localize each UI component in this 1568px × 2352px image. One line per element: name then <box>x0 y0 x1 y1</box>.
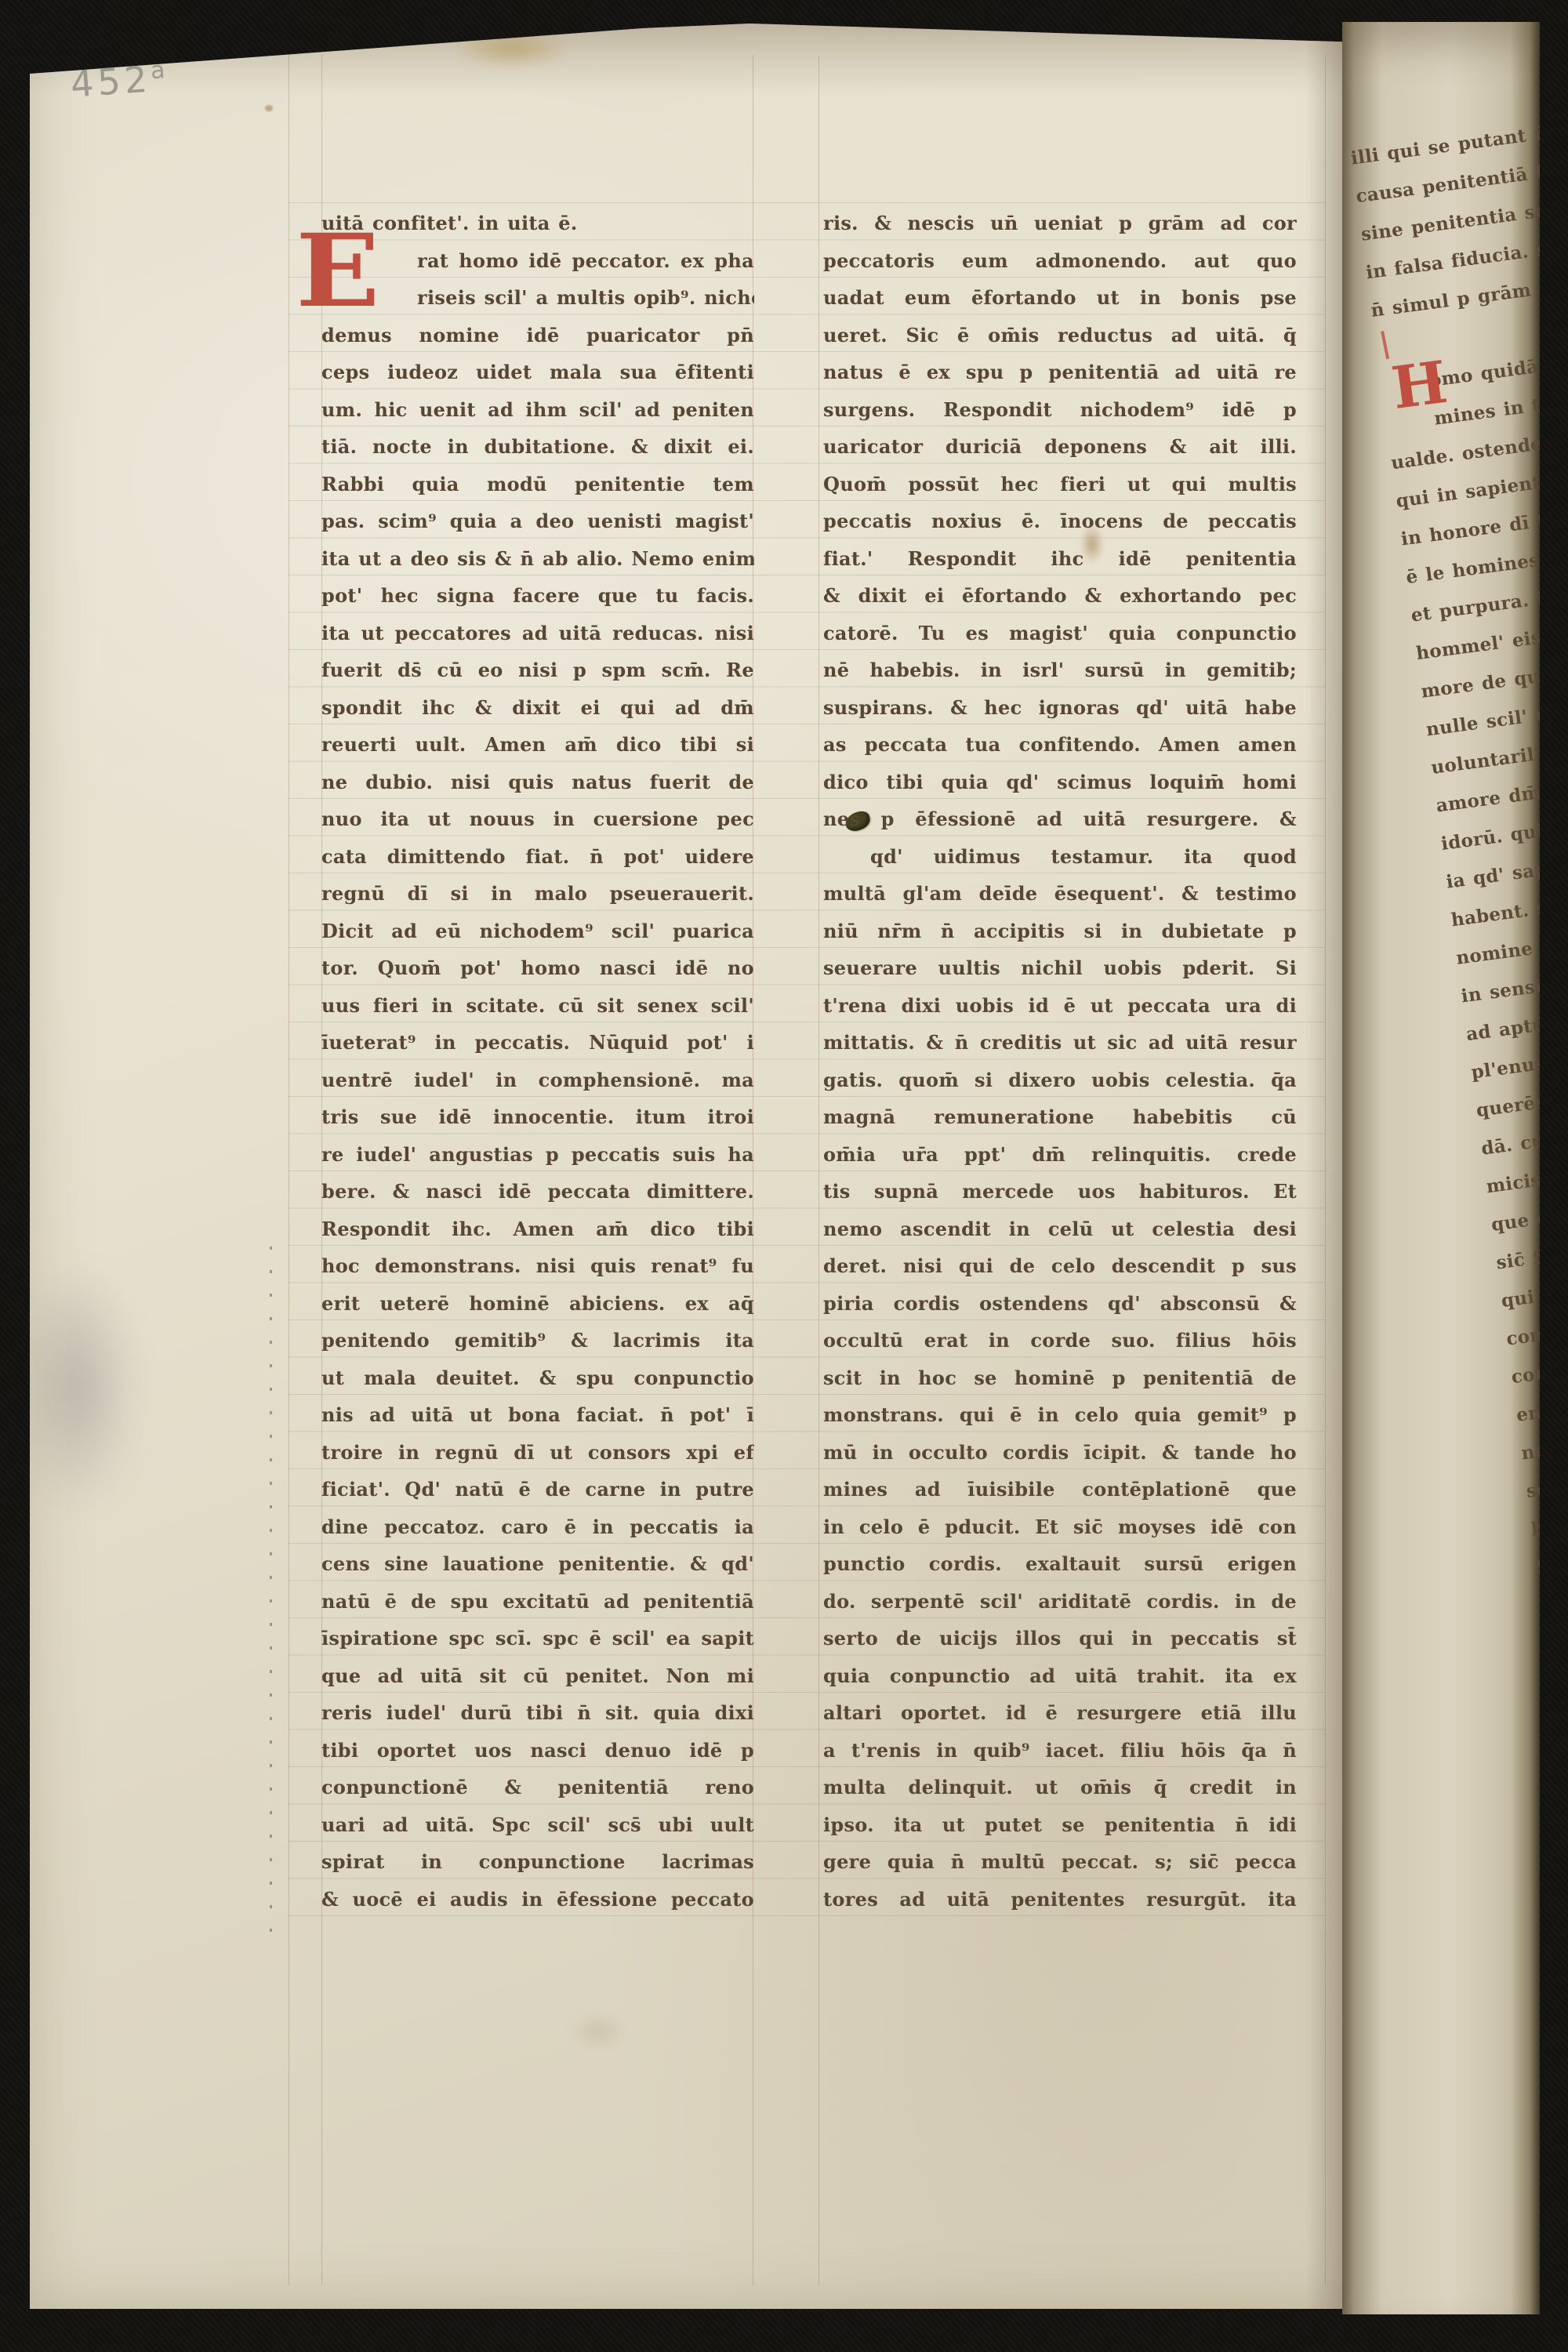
manuscript-text-line: tores ad uitā penitentes resurgūt. ita <box>823 1881 1297 1918</box>
manuscript-text-line: gere quia n̄ multū peccat. s; sic̄ pecca <box>823 1843 1297 1881</box>
manuscript-text-line: riseis scil' a multis opib⁹. nicho <box>321 279 754 317</box>
manuscript-text-line: cens sine lauatione penitentie. & qd' <box>321 1545 754 1583</box>
manuscript-text-line: uus fieri in scitate. cū sit senex scil' <box>321 987 754 1025</box>
manuscript-text-line: re iudel' angustias p peccatis suis ha <box>321 1136 754 1174</box>
manuscript-text-line: Quom̄ possūt hec fieri ut qui multis <box>823 466 1297 503</box>
manuscript-text-line: ne dubio. nisi quis natus fuerit de <box>321 764 754 801</box>
manuscript-text-line: natus ē ex spu p penitentiā ad uitā re <box>823 354 1297 391</box>
folio-number: 452a <box>69 56 171 106</box>
manuscript-text-line: scit in hoc se hominē p penitentiā de <box>823 1359 1297 1397</box>
manuscript-text-line: a t'renis in quib⁹ iacet. filiu hōis q̄a… <box>823 1732 1297 1769</box>
manuscript-text-line: spondit ihc & dixit ei qui ad dm̄ <box>321 689 754 727</box>
pricking-dots <box>270 1247 272 1952</box>
manuscript-text-line: & uocē ei audis in ēfessione peccato <box>321 1881 754 1918</box>
manuscript-text-line: nuo ita ut nouus in cuersione pec <box>321 800 754 838</box>
manuscript-text-line: seuerare uultis nichil uobis pderit. Si <box>823 949 1297 987</box>
manuscript-text-line: hoc demonstrans. nisi quis renat⁹ fu <box>321 1247 754 1285</box>
manuscript-text-line: īueterat⁹ in peccatis. Nūquid pot' i <box>321 1024 754 1062</box>
manuscript-text-line: reris iudel' durū tibi n̄ sit. quia dixi <box>321 1694 754 1732</box>
manuscript-text-line: magnā remuneratione habebitis cū <box>823 1098 1297 1136</box>
next-folio-text: illi qui se putant n̄ peccarecausa penit… <box>1348 100 1540 1892</box>
margin-rule-col2-right <box>1325 55 1326 2285</box>
manuscript-text-line: fuerit ds̄ cū eo nisi p spm scm̄. Re <box>321 652 754 689</box>
manuscript-text-line: ita ut peccatores ad uitā reducas. nisi <box>321 615 754 652</box>
manuscript-text-line: Respondit ihc. Amen am̄ dico tibi <box>321 1210 754 1248</box>
photo-backdrop: 452a E uitā confitet'. in uita ē.rat hom… <box>0 0 1568 2352</box>
manuscript-text-line: multa delinquit. ut om̄is q̄ credit in <box>823 1769 1297 1806</box>
manuscript-text-line: quia conpunctio ad uitā trahit. ita ex <box>823 1657 1297 1695</box>
manuscript-text-line: uari ad uitā. Spc scil' scs̄ ubi uult <box>321 1806 754 1844</box>
manuscript-text-line: in celo ē pducit. Et sic̄ moyses idē con <box>823 1508 1297 1546</box>
manuscript-text-line: Rabbi quia modū penitentie tem <box>321 466 754 503</box>
manuscript-text-line: niū nr̄m n̄ accipitis si in dubietate p <box>823 913 1297 950</box>
manuscript-text-line: rat homo idē peccator. ex pha <box>321 242 754 280</box>
manuscript-text-line: troire in regnū dī ut consors xpi ef <box>321 1434 754 1472</box>
manuscript-text-line: t'rena dixi uobis id ē ut peccata ura di <box>823 987 1297 1025</box>
manuscript-text-line: regnū dī si in malo pseuerauerit. <box>321 875 754 913</box>
stain-bottom <box>571 2015 626 2048</box>
manuscript-text-line: mittatis. & n̄ creditis ut sic ad uitā r… <box>823 1024 1297 1062</box>
stain-top <box>453 28 571 69</box>
text-column-1: uitā confitet'. in uita ē.rat homo idē p… <box>321 205 754 1918</box>
manuscript-text-line: nes p ēfessionē ad uitā resurgere. & <box>823 800 1297 838</box>
manuscript-text-line: uentrē iudel' in comphensionē. ma <box>321 1062 754 1099</box>
manuscript-text-line: catorē. Tu es magist' quia conpunctio <box>823 615 1297 652</box>
manuscript-text-line: ipso. ita ut putet se penitentia n̄ idi <box>823 1806 1297 1844</box>
manuscript-text-line: nis ad uitā ut bona faciat. n̄ pot' ī <box>321 1396 754 1434</box>
manuscript-text-line: pot' hec signa facere que tu facis. <box>321 577 754 615</box>
stain-dot <box>265 105 273 111</box>
manuscript-text-line: surgens. Respondit nichodem⁹ idē p <box>823 391 1297 429</box>
manuscript-text-line: punctio cordis. exaltauit sursū erigen <box>823 1545 1297 1583</box>
margin-rule-col2-left <box>818 55 819 2285</box>
manuscript-text-line: bere. & nasci idē peccata dimittere. <box>321 1173 754 1210</box>
manuscript-text-line: tor. Quom̄ pot' homo nasci idē no <box>321 949 754 987</box>
manuscript-text-line: ita ut a deo sis & n̄ ab alio. Nemo enim <box>321 540 754 578</box>
manuscript-text-line: tis supnā mercede uos habituros. Et <box>823 1173 1297 1210</box>
manuscript-text-line: altari oportet. id ē resurgere etiā illu <box>823 1694 1297 1732</box>
manuscript-text-line: demus nomine idē puaricator pn̄ <box>321 317 754 354</box>
manuscript-text-line: suspirans. & hec ignoras qd' uitā habe <box>823 689 1297 727</box>
folio-number-suffix: a <box>150 56 170 85</box>
manuscript-text-line: natū ē de spu excitatū ad penitentiā <box>321 1583 754 1621</box>
manuscript-text-line: nemo ascendit in celū ut celestia desi <box>823 1210 1297 1248</box>
manuscript-text-line: ficiat'. Qd' natū ē de carne in putre <box>321 1471 754 1508</box>
manuscript-text-line: occultū erat in corde suo. filius hōis <box>823 1322 1297 1359</box>
manuscript-text-line: dico tibi quia qd' scimus loquim̄ homi <box>823 764 1297 801</box>
manuscript-text-line: tris sue idē innocentie. itum itroi <box>321 1098 754 1136</box>
manuscript-text-line: piria cordis ostendens qd' absconsū & <box>823 1285 1297 1323</box>
manuscript-text-line: erit ueterē hominē abiciens. ex aq̄ <box>321 1285 754 1323</box>
manuscript-text-line: que ad uitā sit cū penitet. Non mi <box>321 1657 754 1695</box>
manuscript-text-line: as peccata tua confitendo. Amen amen <box>823 726 1297 764</box>
manuscript-text-line: uadat eum ēfortando ut in bonis pse <box>823 279 1297 317</box>
manuscript-text-line: uaricator duriciā deponens & ait illi. <box>823 428 1297 466</box>
manuscript-text-line: cata dimittendo fiat. n̄ pot' uidere <box>321 838 754 876</box>
manuscript-text-line: um. hic uenit ad ihm scil' ad peniten <box>321 391 754 429</box>
manuscript-text-line: mū in occulto cordis īcipit. & tande ho <box>823 1434 1297 1472</box>
next-folio-edge: illi qui se putant n̄ peccarecausa penit… <box>1342 22 1540 2314</box>
manuscript-text-line: ceps iudeoz uidet mala sua ēfitenti <box>321 354 754 391</box>
manuscript-text-line: nē habebis. in isrl' sursū in gemitib; <box>823 652 1297 689</box>
manuscript-text-line: ueret. Sic ē om̄is reductus ad uitā. q̄ <box>823 317 1297 354</box>
margin-rule-left-outer <box>289 55 289 2285</box>
manuscript-text-line: & dixit ei ēfortando & exhortando pec <box>823 577 1297 615</box>
smudge-left-margin <box>14 1262 140 1513</box>
manuscript-text-line: īspiratione spc scī. spc ē scil' ea sapi… <box>321 1620 754 1657</box>
manuscript-text-line: mines ad īuisibile contēplationē que <box>823 1471 1297 1508</box>
manuscript-text-line: tibi oportet uos nasci denuo idē p <box>321 1732 754 1769</box>
manuscript-text-line: fiat.' Respondit ihc idē penitentia <box>823 540 1297 578</box>
manuscript-page: 452a E uitā confitet'. in uita ē.rat hom… <box>30 24 1363 2309</box>
manuscript-text-line: Dicit ad eū nichodem⁹ scil' puarica <box>321 913 754 950</box>
manuscript-text-line: uitā confitet'. in uita ē. <box>321 205 754 242</box>
text-column-2: ris. & nescis un̄ ueniat p grām ad corpe… <box>823 205 1297 1918</box>
manuscript-text-line: do. serpentē scil' ariditatē cordis. in … <box>823 1583 1297 1621</box>
manuscript-text-line: qd' uidimus testamur. ita quod <box>823 838 1297 876</box>
manuscript-text-line: deret. nisi qui de celo descendit p sus <box>823 1247 1297 1285</box>
manuscript-text-line: penitendo gemitib⁹ & lacrimis ita <box>321 1322 754 1359</box>
manuscript-text-line: om̄ia ur̄a ppt' dm̄ relinquitis. crede <box>823 1136 1297 1174</box>
rubricated-initial-H: H <box>1388 354 1450 419</box>
manuscript-text-line: ris. & nescis un̄ ueniat p grām ad cor <box>823 205 1297 242</box>
manuscript-text-line: peccatoris eum admonendo. aut quo <box>823 242 1297 280</box>
manuscript-text-line: reuerti uult. Amen am̄ dico tibi si <box>321 726 754 764</box>
manuscript-text-line: monstrans. qui ē in celo quia gemit⁹ p <box>823 1396 1297 1434</box>
manuscript-text-line: conpunctionē & penitentiā reno <box>321 1769 754 1806</box>
manuscript-text-line: peccatis noxius ē. īnocens de peccatis <box>823 503 1297 540</box>
manuscript-text-line: spirat in conpunctione lacrimas <box>321 1843 754 1881</box>
manuscript-text-line: dine peccatoz. caro ē in peccatis ia <box>321 1508 754 1546</box>
manuscript-text-line: multā gl'am deīde ēsequent'. & testimo <box>823 875 1297 913</box>
manuscript-text-line: gatis. quom̄ si dixero uobis celestia. q… <box>823 1062 1297 1099</box>
manuscript-text-line: tiā. nocte in dubitatione. & dixit ei. <box>321 428 754 466</box>
folio-number-digits: 452 <box>69 58 152 106</box>
manuscript-text-line: ut mala deuitet. & spu conpunctio <box>321 1359 754 1397</box>
manuscript-text-line: serto de uicijs illos qui in peccatis st… <box>823 1620 1297 1657</box>
manuscript-text-line: pas. scim⁹ quia a deo uenisti magist' <box>321 503 754 540</box>
